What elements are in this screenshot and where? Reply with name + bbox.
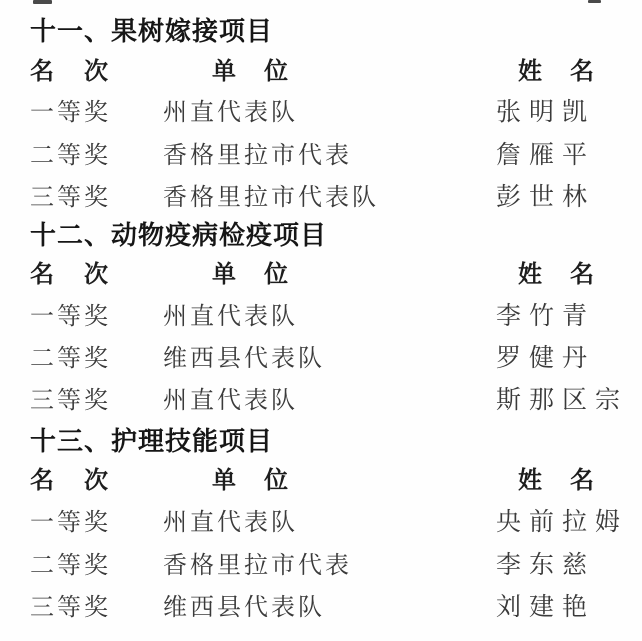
table-row: 一等奖 州直代表队 张明凯 xyxy=(30,92,638,128)
table-header-row: 名 次 单 位 姓 名 xyxy=(30,51,638,87)
unit-cell: 州直代表队 xyxy=(163,380,298,415)
section-title: 十二、动物疫病检疫项目 xyxy=(30,215,638,251)
unit-cell: 维西县代表队 xyxy=(163,338,325,373)
top-edge-crop-fragment-left xyxy=(33,0,52,4)
section-title: 十三、护理技能项目 xyxy=(30,421,638,457)
table-row: 三等奖 香格里拉市代表队 彭世林 xyxy=(30,177,638,213)
header-rank: 名 次 xyxy=(30,254,111,289)
name-cell: 李东慈 xyxy=(496,545,595,581)
unit-cell: 香格里拉市代表 xyxy=(163,545,352,580)
name-cell: 彭世林 xyxy=(496,177,595,213)
table-row: 一等奖 州直代表队 李竹青 xyxy=(30,296,638,332)
table-row: 三等奖 维西县代表队 刘建艳 xyxy=(30,587,638,623)
table-row: 二等奖 维西县代表队 罗健丹 xyxy=(30,338,638,374)
rank-cell: 二等奖 xyxy=(30,338,111,373)
name-cell: 罗健丹 xyxy=(496,338,595,374)
rank-cell: 三等奖 xyxy=(30,380,111,415)
table-row: 一等奖 州直代表队 央前拉姆 xyxy=(30,502,638,538)
name-cell: 央前拉姆 xyxy=(496,502,628,538)
table-row: 二等奖 香格里拉市代表 詹雁平 xyxy=(30,135,638,171)
award-results-document: 十一、果树嫁接项目 名 次 单 位 姓 名 一等奖 州直代表队 张明凯 二等奖 … xyxy=(0,0,642,641)
table-row: 二等奖 香格里拉市代表 李东慈 xyxy=(30,545,638,581)
header-name: 姓 名 xyxy=(518,51,596,86)
rank-cell: 三等奖 xyxy=(30,587,111,622)
unit-cell: 州直代表队 xyxy=(163,92,298,127)
header-unit: 单 位 xyxy=(212,51,290,86)
table-row: 三等奖 州直代表队 斯那区宗 xyxy=(30,380,638,416)
name-cell: 斯那区宗 xyxy=(496,380,628,416)
name-cell: 刘建艳 xyxy=(496,587,595,623)
rank-cell: 二等奖 xyxy=(30,545,111,580)
name-cell: 张明凯 xyxy=(496,92,595,128)
name-cell: 李竹青 xyxy=(496,296,595,332)
unit-cell: 州直代表队 xyxy=(163,296,298,331)
unit-cell: 香格里拉市代表队 xyxy=(163,177,379,212)
rank-cell: 一等奖 xyxy=(30,92,111,127)
rank-cell: 一等奖 xyxy=(30,502,111,537)
top-edge-crop-fragment-right xyxy=(588,0,601,3)
table-header-row: 名 次 单 位 姓 名 xyxy=(30,460,638,496)
rank-cell: 一等奖 xyxy=(30,296,111,331)
name-cell: 詹雁平 xyxy=(496,135,595,171)
unit-cell: 维西县代表队 xyxy=(163,587,325,622)
header-unit: 单 位 xyxy=(212,460,290,495)
header-name: 姓 名 xyxy=(518,460,596,495)
rank-cell: 二等奖 xyxy=(30,135,111,170)
unit-cell: 香格里拉市代表 xyxy=(163,135,352,170)
section-title: 十一、果树嫁接项目 xyxy=(30,11,638,47)
table-header-row: 名 次 单 位 姓 名 xyxy=(30,254,638,290)
header-rank: 名 次 xyxy=(30,51,111,86)
rank-cell: 三等奖 xyxy=(30,177,111,212)
header-name: 姓 名 xyxy=(518,254,596,289)
unit-cell: 州直代表队 xyxy=(163,502,298,537)
header-rank: 名 次 xyxy=(30,460,111,495)
header-unit: 单 位 xyxy=(212,254,290,289)
